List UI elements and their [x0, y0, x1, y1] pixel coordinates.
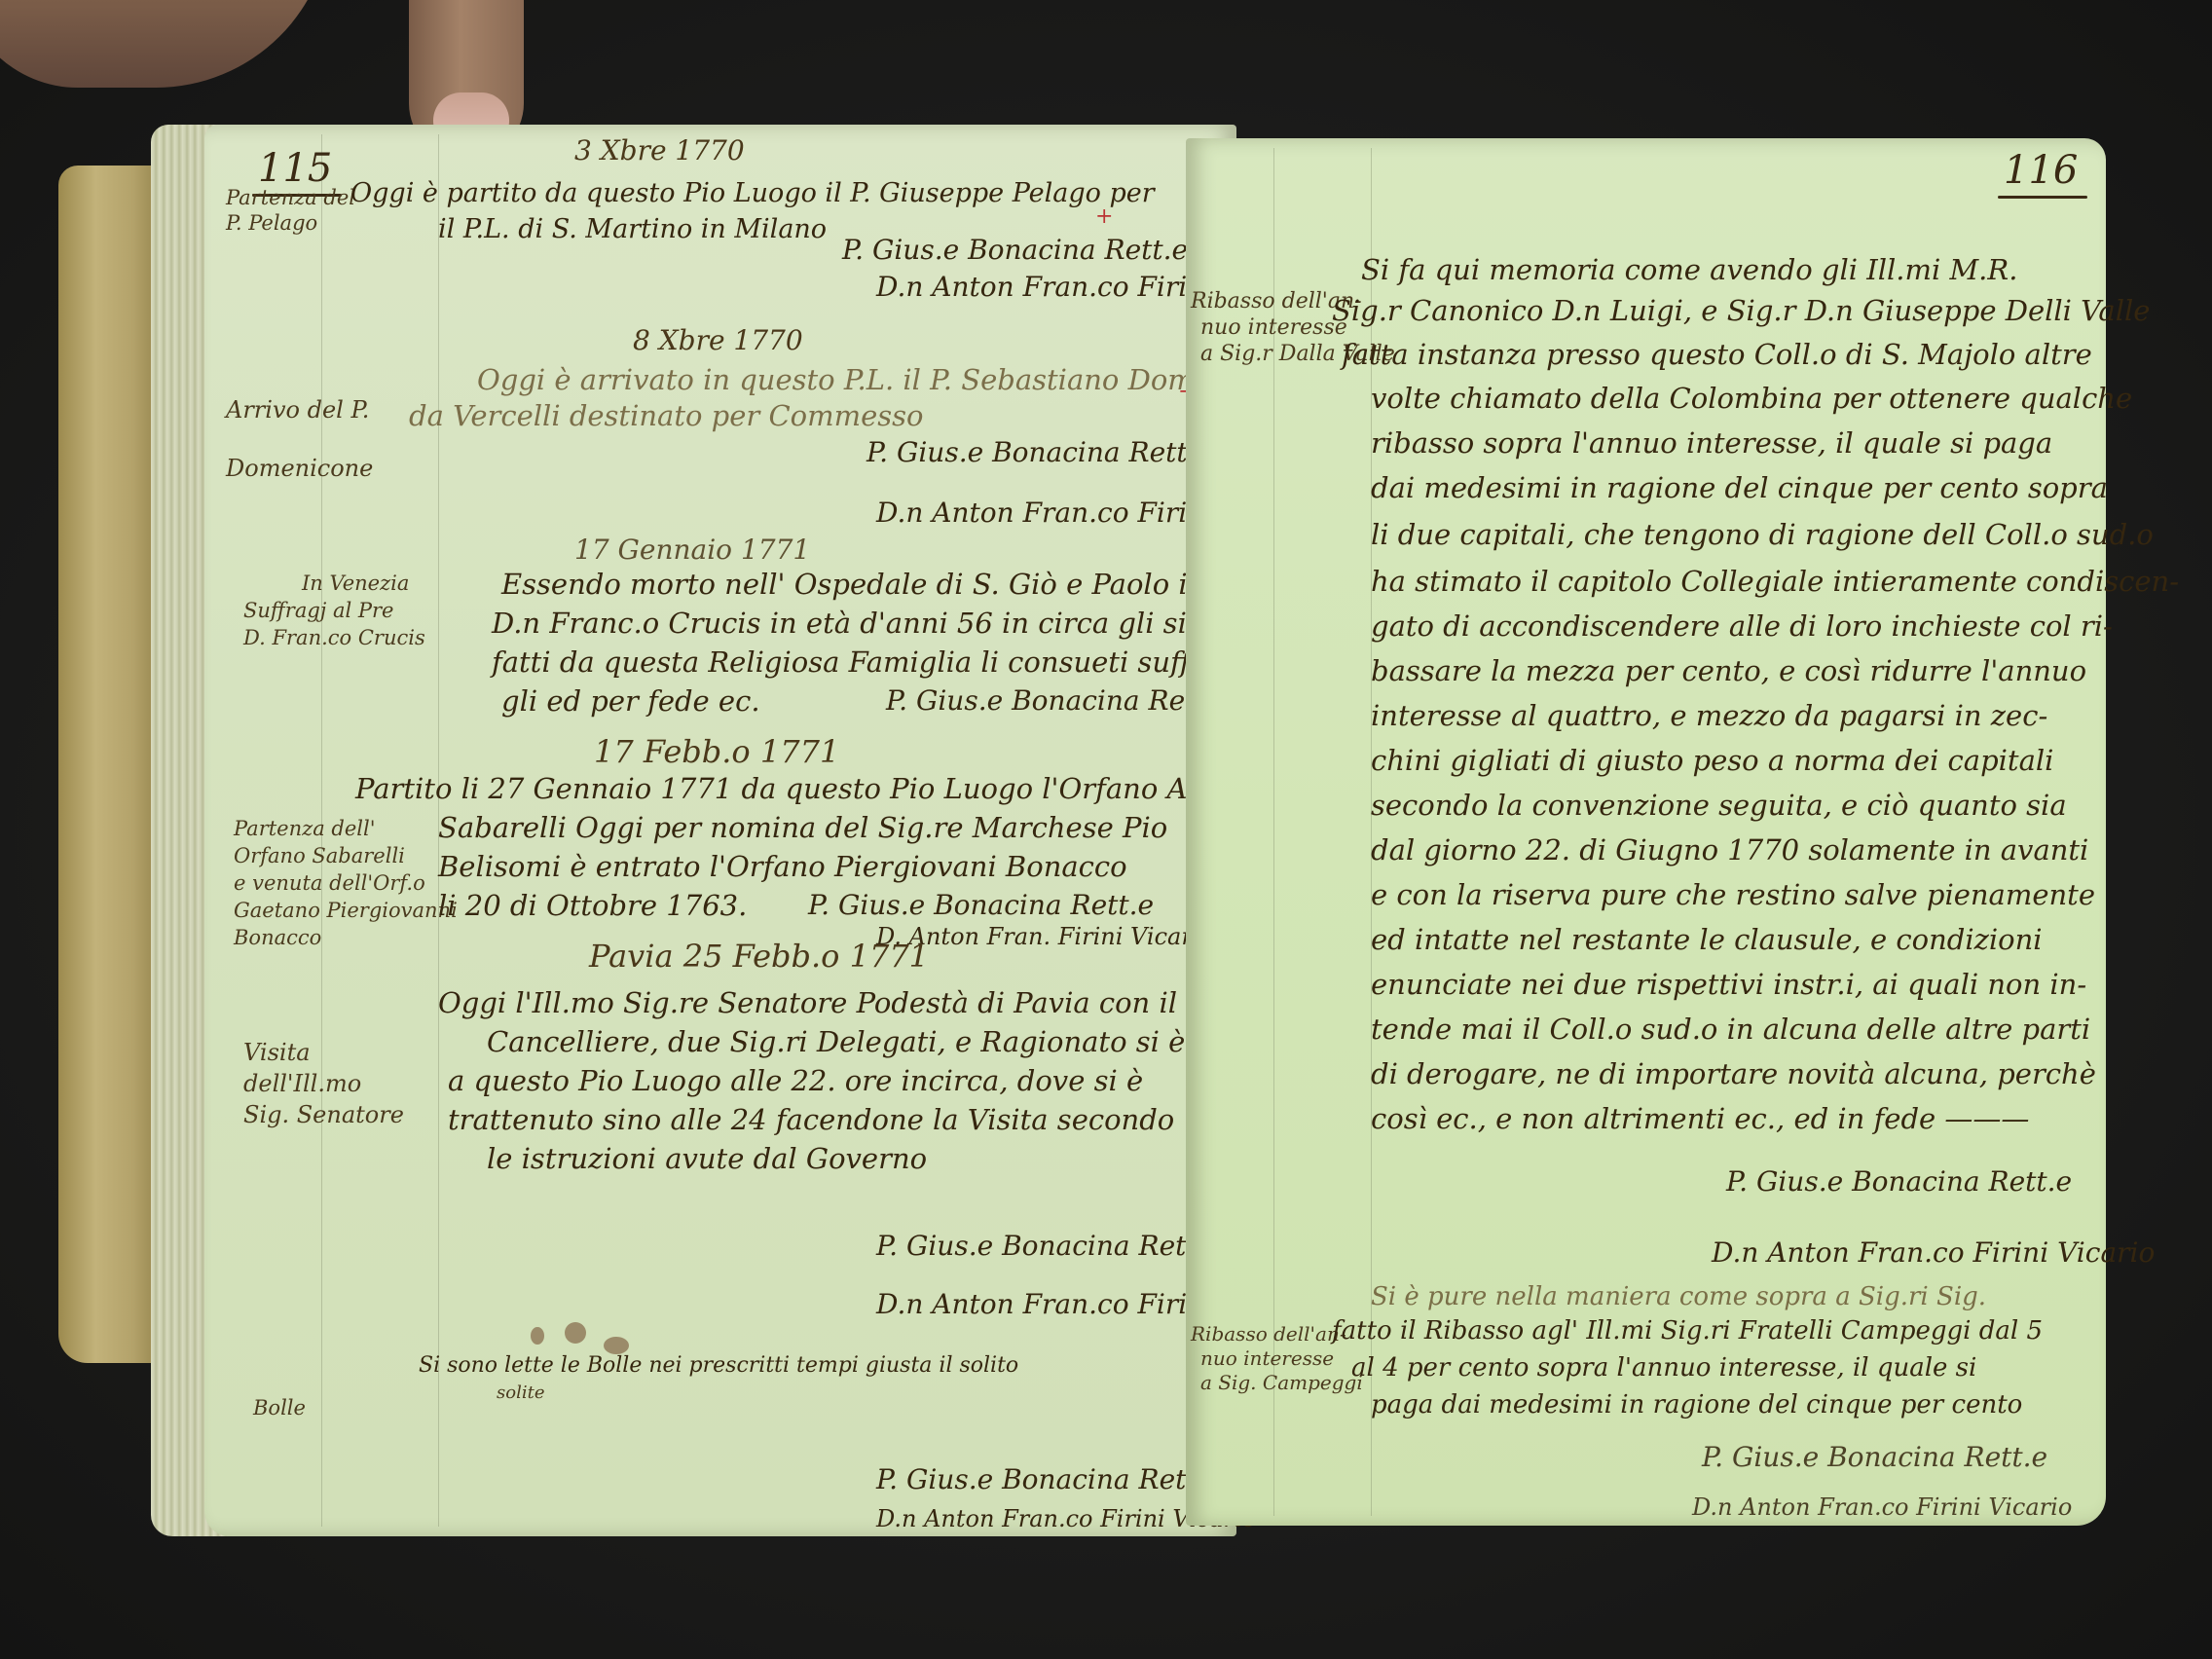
text-line: ha stimato il capitolo Collegiale intier…	[1371, 565, 2179, 598]
ink-stain	[531, 1327, 544, 1345]
margin-note: Suffragj al Pre	[243, 598, 394, 623]
margin-note: Gaetano Piergiovanni	[234, 898, 458, 923]
text-line: Oggi l'Ill.mo Sig.re Senatore Podestà di…	[438, 986, 1235, 1019]
text-line: li due capitali, che tengono di ragione …	[1371, 518, 2154, 551]
text-line: Essendo morto nell' Ospedale di S. Giò e…	[501, 568, 1255, 601]
text-line: fatta instanza presso questo Coll.o di S…	[1342, 338, 2092, 371]
text-line: Sig.r Canonico D.n Luigi, e Sig.r D.n Gi…	[1332, 294, 2150, 327]
entry-date: 17 Gennaio 1771	[574, 534, 810, 566]
signature: P. Gius.e Bonacina Rett.e	[876, 1463, 1222, 1495]
text-line: chini gigliati di giusto peso a norma de…	[1371, 744, 2053, 777]
text-line: fatti da questa Religiosa Famiglia li co…	[492, 645, 1247, 679]
right-page: 116 Ribasso dell'an- nuo interesse a Sig…	[1186, 138, 2106, 1526]
text-line: così ec., e non altrimenti ec., ed in fe…	[1371, 1102, 2029, 1135]
signature: D.n Anton Fran.co Firini Vicario	[1692, 1493, 2072, 1521]
entry-date: 3 Xbre 1770	[574, 134, 745, 166]
ink-stain	[604, 1337, 629, 1354]
signature: P. Gius.e Bonacina Rett.e	[1726, 1165, 2072, 1198]
margin-note: dell'Ill.mo	[243, 1071, 361, 1096]
text-line: Cancelliere, due Sig.ri Delegati, e Ragi…	[487, 1025, 1299, 1058]
signature: P. Gius.e Bonacina Rett.e	[808, 889, 1154, 921]
text-line: da Vercelli destinato per Commesso	[409, 399, 924, 432]
text-line: gato di accondiscendere alle di loro inc…	[1371, 609, 2113, 643]
text-line: tende mai il Coll.o sud.o in alcuna dell…	[1371, 1013, 2090, 1046]
hand-palm	[0, 0, 331, 88]
entry-date: 17 Febb.o 1771	[594, 733, 839, 770]
text-line: dai medesimi in ragione del cinque per c…	[1371, 471, 2108, 504]
text-line: paga dai medesimi in ragione del cinque …	[1371, 1390, 2022, 1419]
margin-note: Bolle	[253, 1395, 306, 1420]
margin-note: a Sig. Campeggi	[1200, 1370, 1363, 1395]
margin-note: Bonacco	[234, 925, 321, 950]
margin-note: Sig. Senatore	[243, 1102, 404, 1127]
text-line: Si fa qui memoria come avendo gli Ill.mi…	[1361, 253, 2017, 286]
red-cross-mark: +	[1095, 204, 1113, 229]
text-line: dal giorno 22. di Giugno 1770 solamente …	[1371, 833, 2088, 866]
ink-stain	[565, 1322, 586, 1344]
text-line: a questo Pio Luogo alle 22. ore incirca,…	[448, 1064, 1143, 1097]
text-line: Si è pure nella maniera come sopra a Sig…	[1371, 1282, 1986, 1311]
margin-note: nuo interesse	[1200, 1346, 1334, 1371]
text-line: secondo la convenzione seguita, e ciò qu…	[1371, 789, 2067, 822]
text-line: li 20 di Ottobre 1763.	[438, 889, 747, 922]
margin-note: P. Pelago	[226, 210, 317, 236]
signature: P. Gius.e Bonacina Rett.e	[842, 234, 1188, 266]
text-line: Partito li 27 Gennaio 1771 da questo Pio…	[355, 772, 1242, 805]
entry-date: Pavia 25 Febb.o 1771	[589, 938, 929, 975]
text-line: Si sono lette le Bolle nei prescritti te…	[419, 1353, 1018, 1378]
margin-note: Ribasso dell'an-	[1191, 1321, 1346, 1346]
page-number: 116	[2004, 148, 2078, 193]
margin-note: Arrivo del P.	[226, 397, 369, 423]
signature: P. Gius.e Bonacina Rett.e	[866, 436, 1212, 468]
margin-note: Partenza dell'	[234, 816, 375, 841]
text-line: volte chiamato della Colombina per otten…	[1371, 382, 2132, 415]
margin-note: nuo interesse	[1200, 315, 1347, 341]
signature: P. Gius.e Bonacina Rett.e	[886, 684, 1232, 717]
text-line: fatto il Ribasso agl' Ill.mi Sig.ri Frat…	[1332, 1316, 2043, 1346]
text-line: D.n Franc.o Crucis in età d'anni 56 in c…	[492, 607, 1263, 640]
text-line: bassare la mezza per cento, e così ridur…	[1371, 654, 2086, 687]
text-line: il P.L. di S. Martino in Milano	[438, 214, 827, 244]
interlinear-note: solite	[497, 1381, 544, 1406]
text-line: trattenuto sino alle 24 facendone la Vis…	[448, 1103, 1174, 1136]
text-line: e con la riserva pure che restino salve …	[1371, 878, 2095, 911]
text-line: le istruzioni avute dal Governo	[487, 1142, 927, 1175]
text-line: Belisomi è entrato l'Orfano Piergiovani …	[438, 850, 1127, 883]
text-line: al 4 per cento sopra l'annuo interesse, …	[1351, 1353, 1976, 1382]
text-line: ribasso sopra l'annuo interesse, il qual…	[1371, 426, 2052, 460]
margin-note: e venuta dell'Orf.o	[234, 870, 425, 896]
margin-note: D. Fran.co Crucis	[243, 625, 425, 650]
text-line: Oggi è partito da questo Pio Luogo il P.…	[350, 178, 1155, 208]
margin-note: Partenza del	[226, 185, 355, 210]
text-line: di derogare, ne di importare novità alcu…	[1371, 1057, 2096, 1090]
text-line: interesse al quattro, e mezzo da pagarsi…	[1371, 699, 2047, 732]
margin-note: In Venezia	[302, 571, 409, 596]
margin-note: Visita	[243, 1040, 311, 1065]
text-line: Sabarelli Oggi per nomina del Sig.re Mar…	[438, 811, 1167, 844]
signature: P. Gius.e Bonacina Rett.e	[1702, 1441, 2047, 1473]
text-line: enunciate nei due rispettivi instr.i, ai…	[1371, 968, 2086, 1001]
left-page: 115 3 Xbre 1770 Partenza del P. Pelago O…	[204, 125, 1236, 1536]
book-spine	[58, 166, 166, 1363]
text-line: gli ed per fede ec.	[501, 684, 760, 718]
open-book: 115 3 Xbre 1770 Partenza del P. Pelago O…	[58, 117, 2113, 1548]
signature: D.n Anton Fran.co Firini Vicario	[1712, 1236, 2155, 1269]
text-line: ed intatte nel restante le clausule, e c…	[1371, 923, 2043, 956]
signature: P. Gius.e Bonacina Rett.e	[876, 1230, 1222, 1262]
margin-note: Domenicone	[226, 456, 373, 481]
margin-note: Orfano Sabarelli	[234, 843, 405, 868]
entry-date: 8 Xbre 1770	[633, 324, 803, 356]
